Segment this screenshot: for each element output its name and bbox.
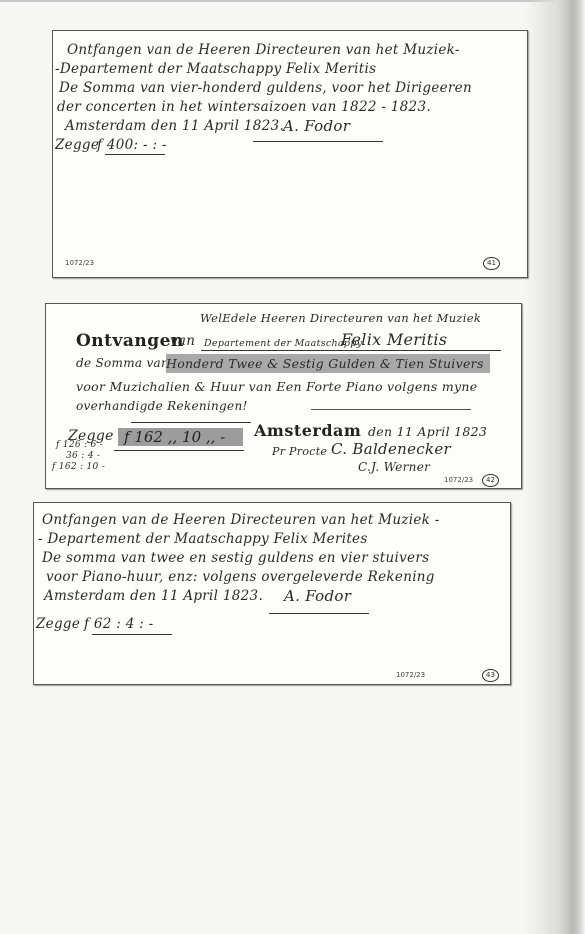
total-label: Zegge: [55, 136, 99, 155]
receipt-line: -Departement der Maatschappy Felix Merit…: [55, 60, 376, 79]
signature-1: C. Baldenecker: [331, 440, 451, 459]
receipt-signature: A. Fodor: [283, 117, 350, 136]
society-name: Felix Meritis: [341, 330, 447, 349]
total-underline: [92, 634, 172, 635]
filler-line: [311, 409, 471, 410]
signature-flourish: [269, 613, 369, 614]
folio-number: 42: [482, 474, 499, 487]
somma-label: de Somma van: [76, 354, 169, 373]
receipt-heading: Ontvangen: [76, 331, 184, 351]
amount-bottom-rule: [114, 450, 244, 451]
signature-flourish: [253, 141, 383, 142]
total-underline: [105, 154, 165, 155]
amount-in-words: Honderd Twee & Sestig Gulden & Tien Stui…: [166, 354, 490, 373]
reference-number: 1072/23: [65, 259, 94, 267]
reference-number: 1072/23: [396, 671, 425, 679]
total-value: f 62 : 4 : -: [84, 615, 153, 634]
receipt-line: der concerten in het wintersaizoen van 1…: [57, 98, 431, 117]
receipt-line: voor Piano-huur, enz: volgens overgeleve…: [46, 568, 435, 587]
receipt-date: den 11 April 1823: [368, 422, 487, 441]
receipt-line: Ontfangen van de Heeren Directeuren van …: [42, 511, 440, 530]
scan-page-shadow: [525, 0, 585, 934]
folio-number: 41: [483, 257, 500, 270]
calc-line-3: f 162 : 10 -: [52, 462, 105, 473]
receipt-line: - Departement der Maatschappy Felix Meri…: [38, 530, 368, 549]
receipt-line: De Somma van vier-honderd guldens, voor …: [59, 79, 472, 98]
amount-top-rule: [131, 422, 251, 423]
receipt-card-1: Ontfangen van de Heeren Directeuren van …: [52, 30, 528, 278]
addressee-line: WelEdele Heeren Directeuren van het Muzi…: [200, 309, 481, 328]
calc-line-2: 36 : 4 -: [66, 451, 100, 462]
van-label: van: [170, 332, 195, 351]
receipt-signature: A. Fodor: [284, 587, 351, 606]
total-value: f 162 ,, 10 ,, -: [118, 428, 243, 446]
department-underline: [201, 350, 501, 351]
total-value: f 400: - : -: [97, 136, 167, 155]
receipt-date: Amsterdam den 11 April 1823.: [65, 117, 284, 136]
reference-number: 1072/23: [444, 476, 473, 484]
receipt-card-2: WelEdele Heeren Directeuren van het Muzi…: [45, 303, 522, 489]
purpose-line-2: overhandigde Rekeningen!: [76, 397, 248, 416]
purpose-line: voor Muzichalien & Huur van Een Forte Pi…: [76, 377, 477, 396]
scan-top-edge: [0, 0, 585, 2]
receipt-line: De somma van twee en sestig guldens en v…: [42, 549, 429, 568]
receipt-line: Ontfangen van de Heeren Directeuren van …: [67, 41, 460, 60]
receipt-date: Amsterdam den 11 April 1823.: [44, 587, 263, 606]
total-label: Zegge: [36, 615, 80, 634]
signature-2: C.J. Werner: [358, 458, 430, 477]
folio-number: 43: [482, 669, 499, 682]
calc-line-1: f 126 : 6 -: [56, 440, 103, 451]
receipt-card-3: Ontfangen van de Heeren Directeuren van …: [33, 502, 511, 685]
pro-label: Pr Procte: [272, 442, 327, 461]
city-name: Amsterdam: [254, 421, 361, 440]
